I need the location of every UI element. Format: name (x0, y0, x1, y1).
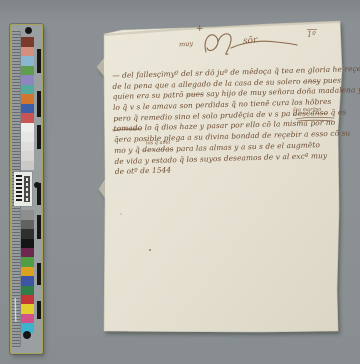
letter-body: — del fallesçimyº del sr dō juº de mēdoç… (112, 65, 347, 178)
invocation-cross: + (196, 24, 204, 34)
tear-shadow (97, 60, 104, 76)
manuscript-paper (0, 0, 360, 364)
folio-overline (307, 29, 317, 30)
folio-number: 1º (307, 30, 316, 39)
salutation-senor: sõr (243, 35, 258, 46)
interlinear-insertion: s̃ra marq̃sa (293, 107, 322, 114)
interlinear-insertion: los q̃ ama (146, 140, 170, 147)
salutation-muy: muy (179, 40, 194, 49)
tear-shadow (99, 181, 105, 198)
photograph-of-manuscript: { "scene": { "description": "Archival ph… (0, 0, 360, 364)
